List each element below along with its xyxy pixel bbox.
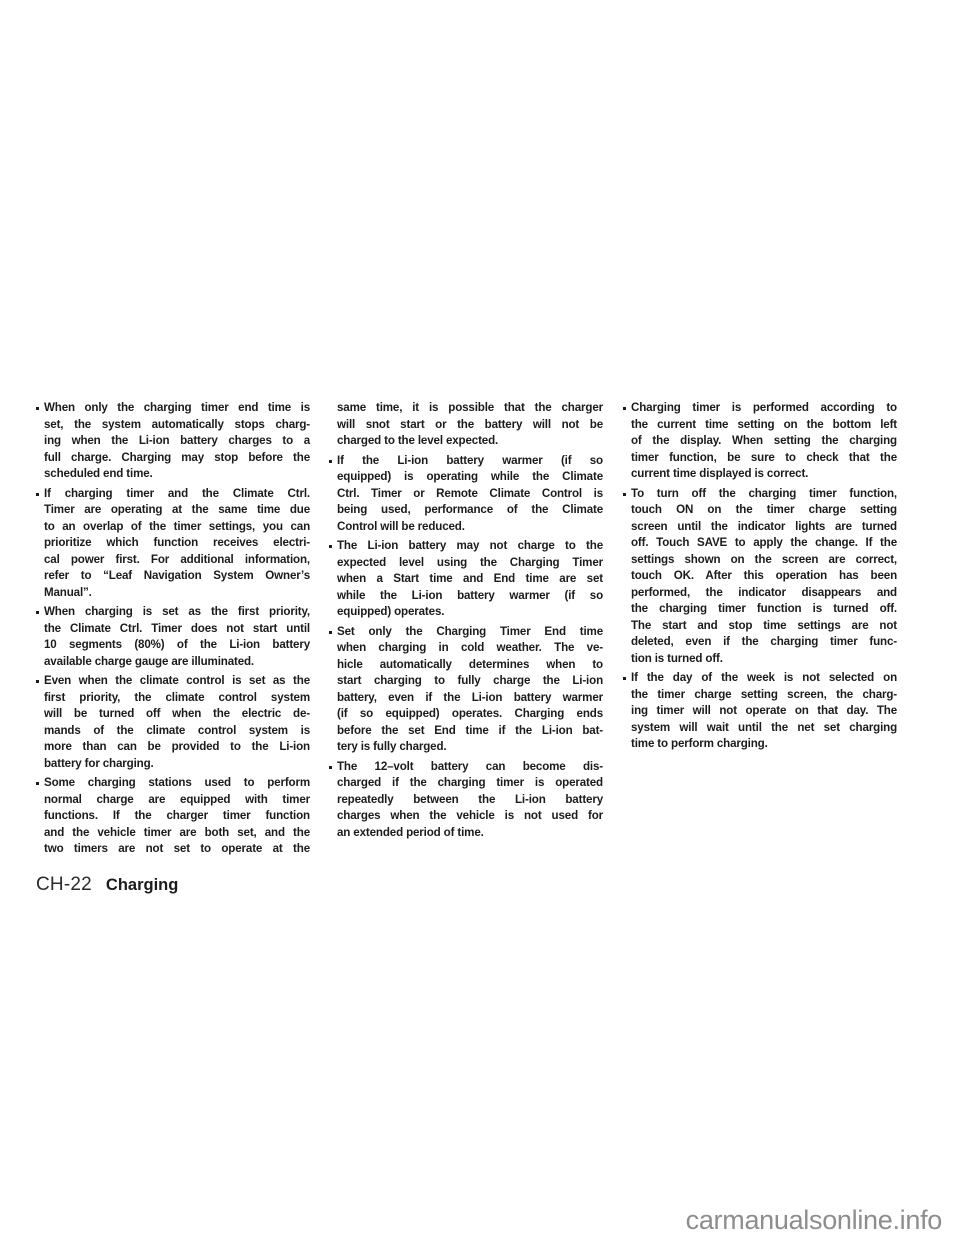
bullet-icon — [623, 677, 626, 680]
text-line: Manual”. — [44, 585, 310, 602]
text-line: equipped) is operating while the Climate — [337, 469, 603, 486]
text-line: and the vehicle timer are both set, and … — [44, 825, 310, 842]
bullet-icon — [329, 545, 332, 548]
watermark: carmanualsonline.info — [686, 1205, 942, 1236]
text-line: mands of the climate control system is — [44, 723, 310, 740]
text-line: timer function, be sure to check that th… — [631, 450, 897, 467]
text-line: first priority, the climate control syst… — [44, 690, 310, 707]
text-line: set, the system automatically stops char… — [44, 417, 310, 434]
text-line: an extended period of time. — [337, 825, 603, 842]
text-line: touch ON on the timer charge setting — [631, 502, 897, 519]
text-line: when charging in cold weather. The ve- — [337, 640, 603, 657]
bullet-paragraph: When charging is set as the first priori… — [36, 604, 310, 670]
text-line: start charging to fully charge the Li-io… — [337, 673, 603, 690]
text-line: The 12–volt battery can become dis- — [337, 759, 603, 776]
bullet-icon — [329, 460, 332, 463]
text-line: Some charging stations used to perform — [44, 775, 310, 792]
text-line: more than can be provided to the Li-ion — [44, 739, 310, 756]
text-line: settings shown on the screen are correct… — [631, 552, 897, 569]
text-line: cal power first. For additional informat… — [44, 552, 310, 569]
bullet-paragraph: When only the charging timer end time is… — [36, 400, 310, 483]
text-line: will snot start or the battery will not … — [337, 417, 603, 434]
text-line: If charging timer and the Climate Ctrl. — [44, 486, 310, 503]
bullet-icon — [36, 611, 39, 614]
text-line: screen until the indicator lights are tu… — [631, 519, 897, 536]
bullet-paragraph: If charging timer and the Climate Ctrl.T… — [36, 486, 310, 602]
text-line: The Li-ion battery may not charge to the — [337, 538, 603, 555]
text-line: full charge. Charging may stop before th… — [44, 450, 310, 467]
text-line: To turn off the charging timer function, — [631, 486, 897, 503]
text-line: time to perform charging. — [631, 736, 897, 753]
text-line: Set only the Charging Timer End time — [337, 624, 603, 641]
text-line: hicle automatically determines when to — [337, 657, 603, 674]
text-line: battery for charging. — [44, 756, 310, 773]
bullet-icon — [36, 680, 39, 683]
text-line: deleted, even if the charging timer func… — [631, 634, 897, 651]
text-line: ing timer will not operate on that day. … — [631, 703, 897, 720]
bullet-icon — [36, 782, 39, 785]
text-line: tion is turned off. — [631, 651, 897, 668]
text-line: available charge gauge are illuminated. — [44, 654, 310, 671]
text-line: functions. If the charger timer function — [44, 808, 310, 825]
text-line: 10 segments (80%) of the Li-ion battery — [44, 637, 310, 654]
text-line: touch OK. After this operation has been — [631, 568, 897, 585]
text-line: to an overlap of the timer settings, you… — [44, 519, 310, 536]
text-column-middle: same time, it is possible that the charg… — [329, 400, 603, 844]
text-line: being used, performance of the Climate — [337, 502, 603, 519]
text-line: ing when the Li-ion battery charges to a — [44, 433, 310, 450]
text-line: charges when the vehicle is not used for — [337, 808, 603, 825]
text-line: current time displayed is correct. — [631, 466, 897, 483]
bullet-paragraph: Set only the Charging Timer End timewhen… — [329, 624, 603, 756]
bullet-paragraph: Even when the climate control is set as … — [36, 673, 310, 772]
text-line: will be turned off when the electric de- — [44, 706, 310, 723]
text-line: refer to “Leaf Navigation System Owner’s — [44, 568, 310, 585]
text-line: normal charge are equipped with timer — [44, 792, 310, 809]
text-line: system will wait until the net set charg… — [631, 720, 897, 737]
bullet-icon — [329, 766, 332, 769]
bullet-paragraph: Some charging stations used to performno… — [36, 775, 310, 858]
text-line: Charging timer is performed according to — [631, 400, 897, 417]
text-line: Control will be reduced. — [337, 519, 603, 536]
text-line: scheduled end time. — [44, 466, 310, 483]
bullet-icon — [623, 407, 626, 410]
bullet-paragraph: To turn off the charging timer function,… — [623, 486, 897, 668]
bullet-paragraph: If the day of the week is not selected o… — [623, 670, 897, 753]
text-line: expected level using the Charging Timer — [337, 555, 603, 572]
text-line: Even when the climate control is set as … — [44, 673, 310, 690]
text-line: equipped) operates. — [337, 604, 603, 621]
text-line: of the display. When setting the chargin… — [631, 433, 897, 450]
text-line: charged if the charging timer is operate… — [337, 775, 603, 792]
bullet-icon — [36, 407, 39, 410]
bullet-paragraph: If the Li-ion battery warmer (if soequip… — [329, 453, 603, 536]
text-line: If the Li-ion battery warmer (if so — [337, 453, 603, 470]
text-line: tery is fully charged. — [337, 739, 603, 756]
text-line: prioritize which function receives elect… — [44, 535, 310, 552]
text-line: The start and stop time settings are not — [631, 618, 897, 635]
section-title: Charging — [106, 876, 178, 894]
text-column-right: Charging timer is performed according to… — [623, 400, 897, 756]
text-line: performed, the indicator disappears and — [631, 585, 897, 602]
continuation-paragraph: same time, it is possible that the charg… — [329, 400, 603, 450]
text-line: repeatedly between the Li-ion battery — [337, 792, 603, 809]
text-line: charged to the level expected. — [337, 433, 603, 450]
text-line: off. Touch SAVE to apply the change. If … — [631, 535, 897, 552]
bullet-icon — [329, 631, 332, 634]
page-number: CH-22 — [36, 874, 92, 895]
text-line: two timers are not set to operate at the — [44, 841, 310, 858]
text-line: battery, even if the Li-ion battery warm… — [337, 690, 603, 707]
text-line: When charging is set as the first priori… — [44, 604, 310, 621]
text-line: When only the charging timer end time is — [44, 400, 310, 417]
bullet-paragraph: The Li-ion battery may not charge to the… — [329, 538, 603, 621]
text-line: the charging timer function is turned of… — [631, 601, 897, 618]
bullet-icon — [36, 493, 39, 496]
text-line: the current time setting on the bottom l… — [631, 417, 897, 434]
text-line: Timer are operating at the same time due — [44, 502, 310, 519]
page-footer: CH-22Charging — [36, 874, 178, 896]
manual-page: When only the charging timer end time is… — [0, 0, 960, 1242]
text-line: same time, it is possible that the charg… — [337, 400, 603, 417]
text-line: Ctrl. Timer or Remote Climate Control is — [337, 486, 603, 503]
text-line: while the Li-ion battery warmer (if so — [337, 588, 603, 605]
bullet-paragraph: Charging timer is performed according to… — [623, 400, 897, 483]
text-column-left: When only the charging timer end time is… — [36, 400, 310, 861]
text-line: (if so equipped) operates. Charging ends — [337, 706, 603, 723]
text-line: the Climate Ctrl. Timer does not start u… — [44, 621, 310, 638]
text-line: before the set End time if the Li-ion ba… — [337, 723, 603, 740]
bullet-icon — [623, 493, 626, 496]
text-line: If the day of the week is not selected o… — [631, 670, 897, 687]
text-line: the timer charge setting screen, the cha… — [631, 687, 897, 704]
bullet-paragraph: The 12–volt battery can become dis-charg… — [329, 759, 603, 842]
text-line: when a Start time and End time are set — [337, 571, 603, 588]
